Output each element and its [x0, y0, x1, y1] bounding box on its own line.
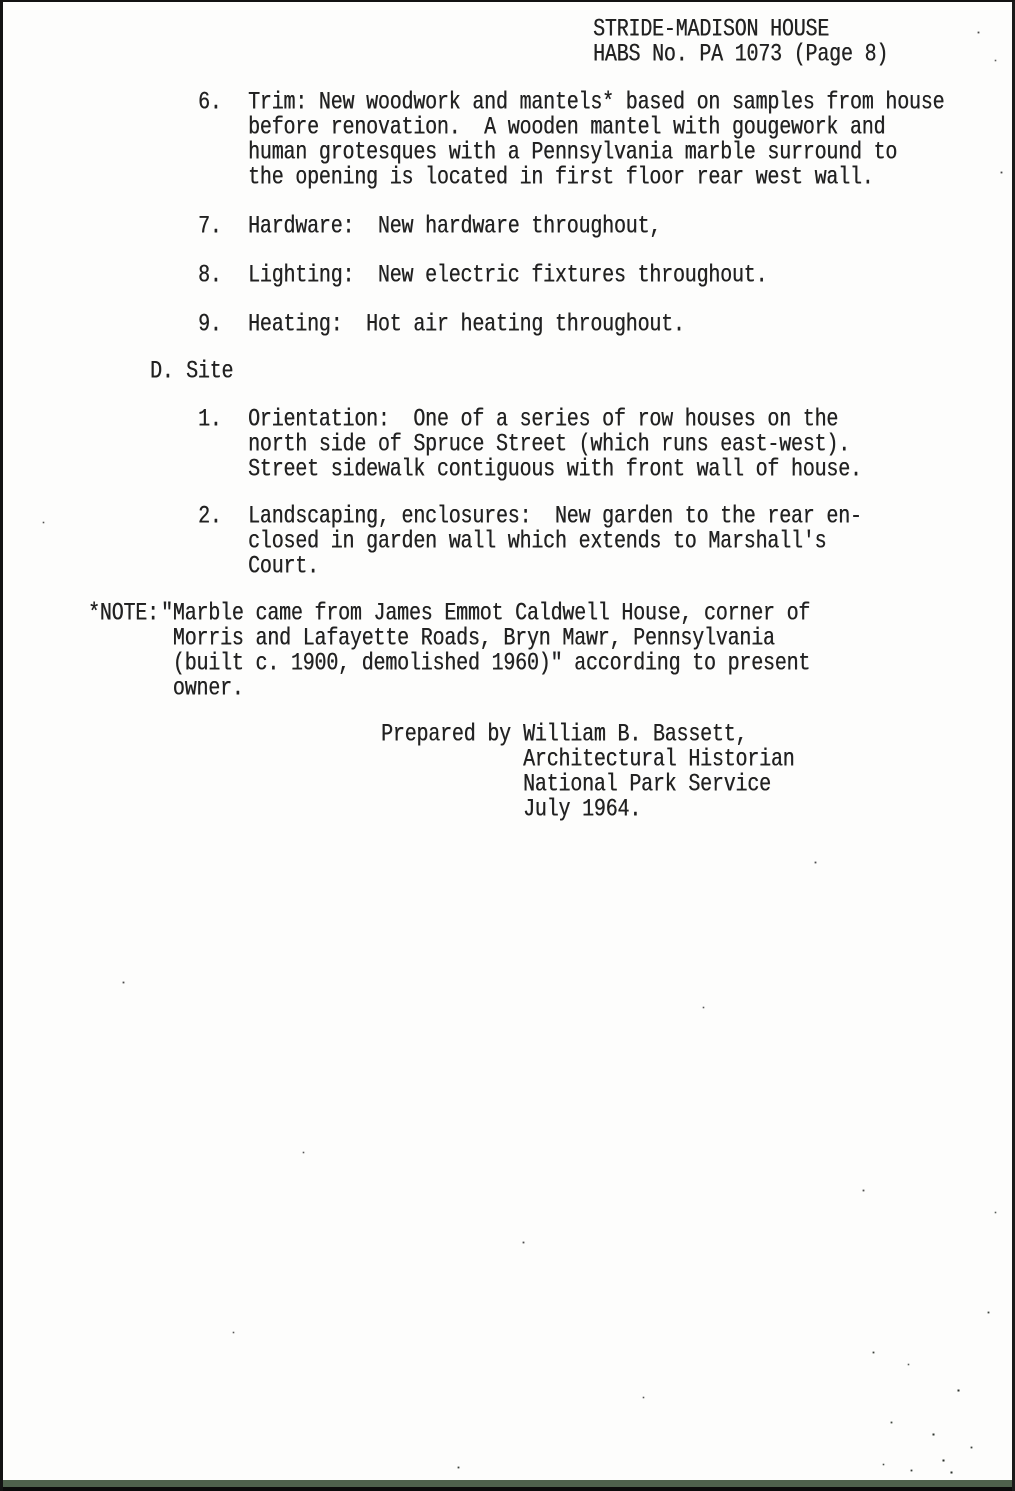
- prepared-by-lines: William B. Bassett, Architectural Histor…: [523, 723, 794, 823]
- prepared-by-label: Prepared by: [381, 723, 511, 748]
- scan-noise-specks: [3, 2, 4, 3]
- spec-item-9-text: Heating: Hot air heating throughout.: [248, 313, 685, 338]
- site-item-2-number: 2.: [198, 505, 222, 530]
- spec-item-9-number: 9.: [198, 313, 222, 338]
- spec-item-7-text: Hardware: New hardware throughout,: [248, 215, 661, 240]
- site-item-2-text: Landscaping, enclosures: New garden to t…: [248, 505, 862, 580]
- footnote-text: "Marble came from James Emmot Caldwell H…: [161, 602, 810, 702]
- document-page: STRIDE-MADISON HOUSE HABS No. PA 1073 (P…: [0, 0, 1015, 1491]
- page-header-reference: HABS No. PA 1073 (Page 8): [593, 43, 888, 68]
- scan-bottom-band: [3, 1480, 1012, 1487]
- site-item-1-text: Orientation: One of a series of row hous…: [248, 408, 862, 483]
- spec-item-6-number: 6.: [198, 91, 222, 116]
- spec-item-8-number: 8.: [198, 264, 222, 289]
- site-item-1-number: 1.: [198, 408, 222, 433]
- spec-item-6-text: Trim: New woodwork and mantels* based on…: [248, 91, 944, 191]
- page-header-title: STRIDE-MADISON HOUSE: [593, 18, 829, 43]
- section-d-letter: D.: [150, 360, 174, 385]
- section-d-title: Site: [186, 360, 233, 385]
- spec-item-7-number: 7.: [198, 215, 222, 240]
- footnote-label: *NOTE:: [88, 602, 159, 627]
- scan-bottom-edge: [3, 1487, 1012, 1491]
- spec-item-8-text: Lighting: New electric fixtures througho…: [248, 264, 767, 289]
